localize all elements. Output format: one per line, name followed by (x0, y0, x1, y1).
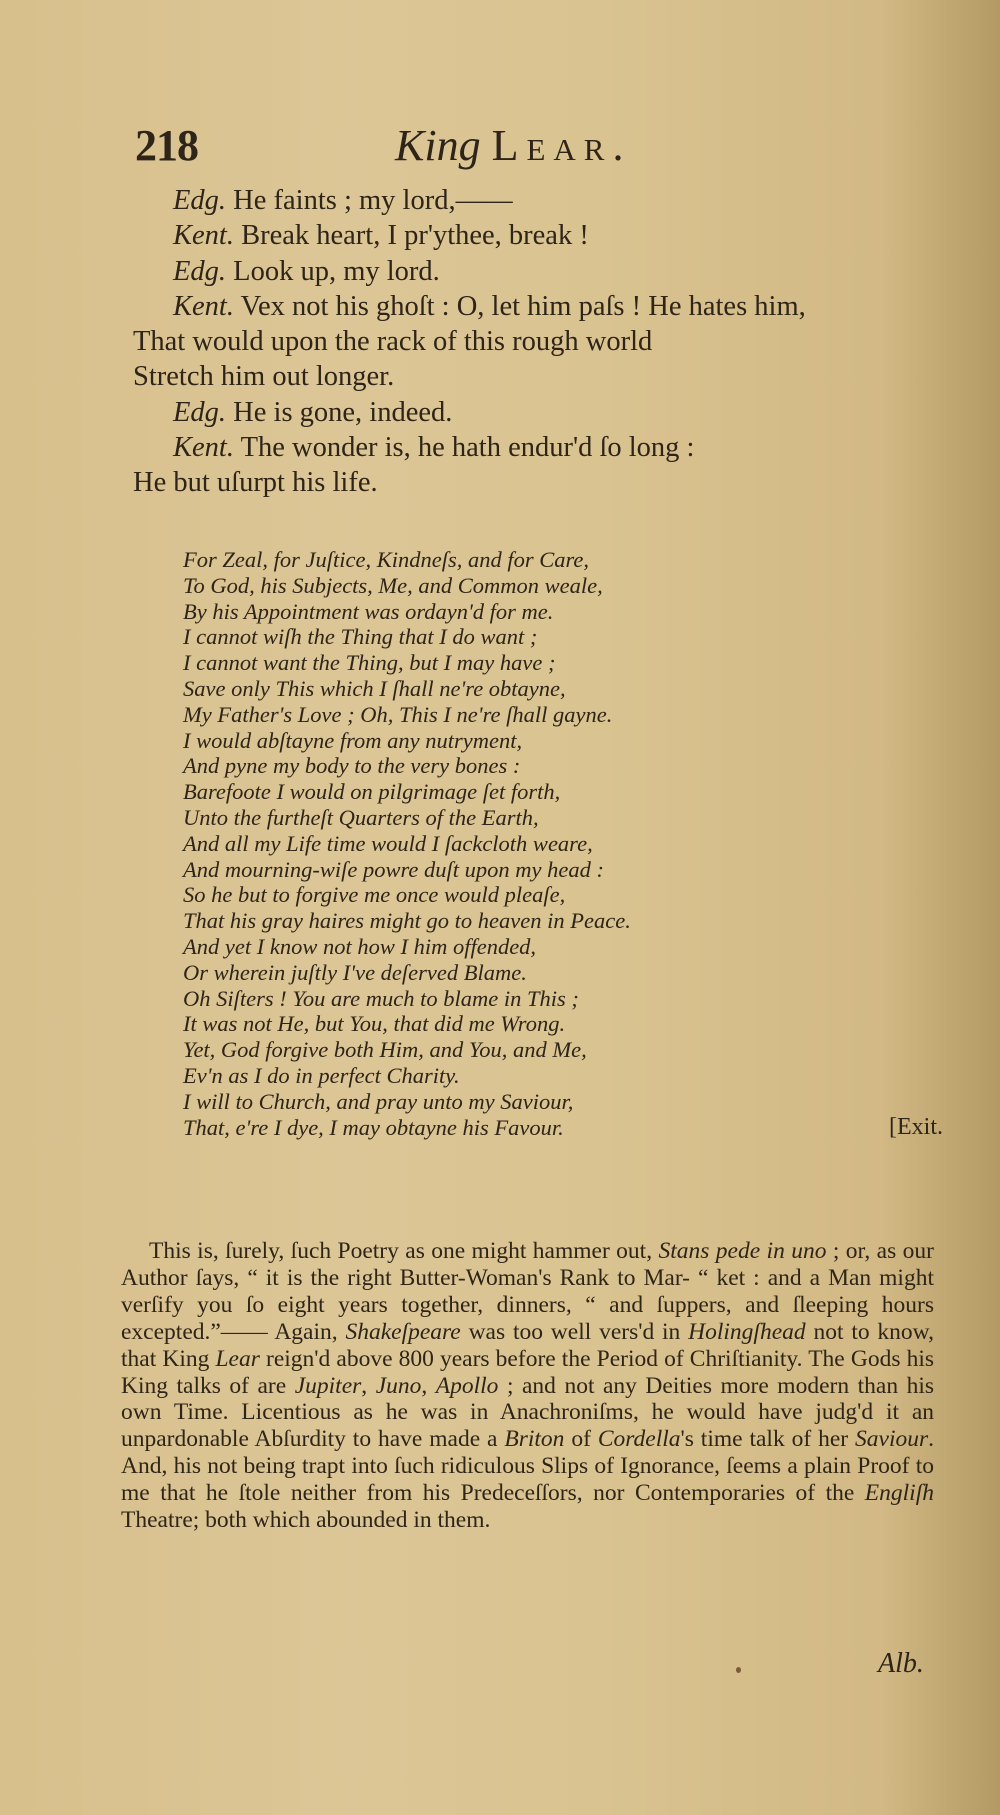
dialogue-text: Stretch him out longer. (133, 361, 394, 392)
commentary-text: , (421, 1373, 435, 1399)
poem-line: And pyne my body to the very bones : (183, 753, 943, 779)
poem-line: I cannot want the Thing, but I may have … (183, 650, 943, 676)
poem-line: Yet, God forgive both Him, and You, and … (183, 1037, 943, 1063)
poem-line: I will to Church, and pray unto my Savio… (183, 1089, 943, 1115)
speaker-name: Edg. (173, 185, 226, 216)
poem-line: By his Appointment was ordayn'd for me. (183, 599, 943, 625)
poem-line: And all my Life time would I ſackcloth w… (183, 831, 943, 857)
commentary-text: Theatre; both which abounded in them. (121, 1507, 490, 1533)
italic-term: Stans pede in uno (658, 1238, 826, 1264)
dialogue-line: Kent. Vex not his ghoſt : O, let him paſ… (133, 289, 953, 324)
speaker-name: Kent. (173, 291, 234, 322)
running-title-caps: Lear. (492, 121, 632, 170)
dialogue-text: He but uſurpt his life. (133, 467, 378, 498)
italic-term: Briton (504, 1426, 564, 1452)
dialogue-text: Break heart, I pr'ythee, break ! (234, 220, 589, 251)
dialogue-text: He is gone, indeed. (226, 397, 452, 428)
commentary-text: This is, ſurely, ſuch Poetry as one migh… (149, 1238, 658, 1264)
dialogue-line: Kent. The wonder is, he hath endur'd ſo … (133, 430, 953, 465)
running-title-italic: King (395, 121, 481, 170)
catchword: Alb. (878, 1648, 924, 1680)
poem-line: That his gray haires might go to heaven … (183, 908, 943, 934)
poem-block: For Zeal, for Juſtice, Kindneſs, and for… (183, 547, 943, 1140)
poem-line: For Zeal, for Juſtice, Kindneſs, and for… (183, 547, 943, 573)
italic-term: Engliſh (865, 1480, 934, 1506)
commentary-paragraph: This is, ſurely, ſuch Poetry as one migh… (121, 1238, 934, 1534)
speaker-name: Kent. (173, 220, 234, 251)
commentary-text: of (564, 1426, 597, 1452)
running-title: King Lear. (395, 120, 631, 171)
poem-line: My Father's Love ; Oh, This I ne're ſhal… (183, 702, 943, 728)
italic-term: Holingſhead (688, 1319, 806, 1345)
dialogue-line: Edg. He is gone, indeed. (133, 395, 953, 430)
commentary-text: was too well vers'd in (461, 1319, 688, 1345)
italic-term: Lear (215, 1346, 259, 1372)
stage-direction-exit: [Exit. (889, 1115, 943, 1141)
poem-line: That, e're I dye, I may obtayne his Favo… (183, 1115, 943, 1141)
dialogue-text: Look up, my lord. (226, 256, 440, 287)
poem-line: It was not He, but You, that did me Wron… (183, 1011, 943, 1037)
italic-term: Apollo (436, 1373, 499, 1399)
dialogue-line: That would upon the rack of this rough w… (133, 324, 953, 359)
poem-line: And yet I know not how I him offended, (183, 934, 943, 960)
page-number: 218 (135, 120, 198, 171)
poem-line: Or wherein juſtly I've deſerved Blame. (183, 960, 943, 986)
dialogue-line: Edg. He faints ; my lord,—— (133, 183, 953, 218)
dialogue-text: Vex not his ghoſt : O, let him paſs ! He… (234, 291, 806, 322)
dialogue-block: Edg. He faints ; my lord,——Kent. Break h… (133, 183, 953, 501)
speaker-name: Edg. (173, 397, 226, 428)
dialogue-text: He faints ; my lord,—— (226, 185, 513, 216)
dialogue-line: Edg. Look up, my lord. (133, 254, 953, 289)
ink-speck (736, 1667, 741, 1673)
commentary-block: This is, ſurely, ſuch Poetry as one migh… (121, 1238, 934, 1534)
commentary-text: , (361, 1373, 375, 1399)
italic-term: Shakeſpeare (345, 1319, 460, 1345)
speaker-name: Kent. (173, 432, 234, 463)
dialogue-text: That would upon the rack of this rough w… (133, 326, 652, 357)
poem-line: Save only This which I ſhall ne're obtay… (183, 676, 943, 702)
poem-line: Barefoote I would on pilgrimage ſet fort… (183, 779, 943, 805)
poem-line: Ev'n as I do in perfect Charity. (183, 1063, 943, 1089)
poem-line: I would abſtayne from any nutryment, (183, 728, 943, 754)
page-header: 218 King Lear. (135, 120, 935, 180)
italic-term: Saviour (855, 1426, 928, 1452)
poem-line: Unto the furtheſt Quarters of the Earth, (183, 805, 943, 831)
poem-line: And mourning-wiſe powre duſt upon my hea… (183, 857, 943, 883)
commentary-text: 's time talk of her (681, 1426, 856, 1452)
dialogue-text: The wonder is, he hath endur'd ſo long : (234, 432, 695, 463)
dialogue-line: Kent. Break heart, I pr'ythee, break ! (133, 218, 953, 253)
italic-term: Jupiter (295, 1373, 362, 1399)
poem-line: To God, his Subjects, Me, and Common wea… (183, 573, 943, 599)
book-page: 218 King Lear. Edg. He faints ; my lord,… (0, 0, 1000, 1815)
speaker-name: Edg. (173, 256, 226, 287)
poem-line: Oh Siſters ! You are much to blame in Th… (183, 986, 943, 1012)
dialogue-line: Stretch him out longer. (133, 359, 953, 394)
dialogue-line: He but uſurpt his life. (133, 465, 953, 500)
poem-line: So he but to forgive me once would pleaſ… (183, 882, 943, 908)
poem-line: I cannot wiſh the Thing that I do want ; (183, 624, 943, 650)
italic-term: Cordella (598, 1426, 681, 1452)
italic-term: Juno (376, 1373, 422, 1399)
